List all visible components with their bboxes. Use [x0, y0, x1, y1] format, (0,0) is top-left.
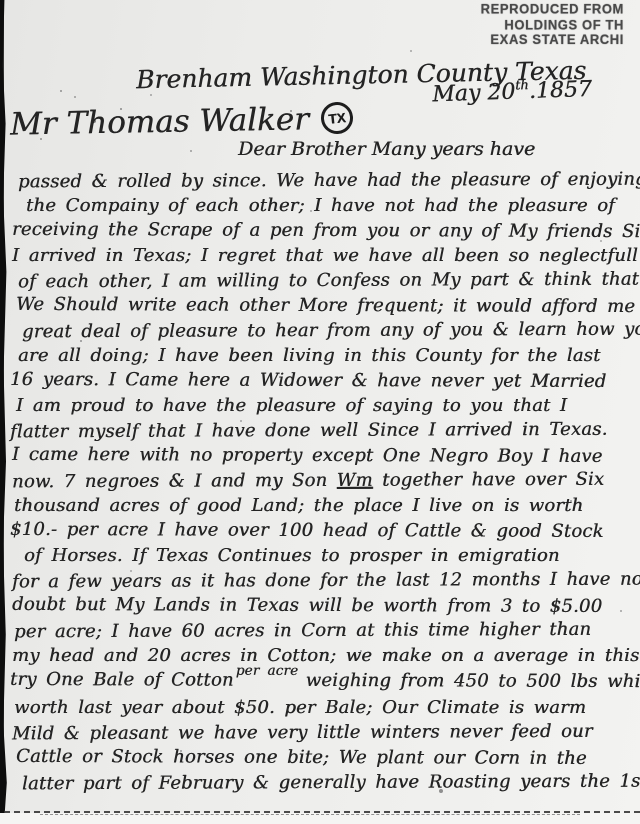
letter-line: the Compainy of each other; I have not h… — [26, 193, 636, 218]
letter-line: Mild & pleasant we have very little wint… — [12, 719, 636, 747]
scanned-letter-page: { "archive_stamp": { "lines": ["REPRODUC… — [0, 0, 640, 824]
letter-line: I came here with no property except One … — [12, 442, 636, 469]
salutation: Dear Brother Many years have — [238, 138, 636, 160]
date-text: .1857 — [528, 77, 592, 104]
page-fold-line — [4, 811, 640, 813]
letter-line: I am proud to have the pleasure of sayin… — [16, 393, 636, 418]
underlined-wm: Wm — [337, 470, 373, 491]
letter-line: latter part of February & generally have… — [22, 769, 636, 797]
letter-line: my head and 20 acres in Cotton; we make … — [12, 643, 636, 668]
letter-line: per acre; I have 60 acres in Corn at thi… — [14, 617, 636, 645]
letter-line-text: now. 7 negroes & I and my Son — [12, 470, 337, 492]
letter-line: Cattle or Stock horses one bite; We plan… — [16, 744, 636, 771]
letter-line: thousand acres of good Land; the place I… — [14, 493, 636, 518]
letter-line: of Horses. If Texas Continues to prosper… — [24, 543, 636, 568]
letter-line-wm: now. 7 negroes & I and my Son Wm togethe… — [12, 467, 636, 495]
archive-stamp: REPRODUCED FROM HOLDINGS OF TH EXAS STAT… — [481, 2, 624, 48]
letter-line: worth last year about $50. per Bale; Our… — [14, 695, 636, 720]
letter-line: passed & rolled by since. We have had th… — [18, 167, 636, 195]
letter-line: great deal of pleasure to hear from any … — [22, 317, 636, 345]
recipient-row: Mr Thomas Walker TX — [10, 104, 636, 140]
letter-line: receiving the Scrape of a pen from you o… — [12, 217, 636, 244]
letter-line: for a few years as it has done for the l… — [12, 567, 636, 595]
letter-line: I arrived in Texas; I regret that we hav… — [12, 243, 636, 268]
letter-line-text: together have over Six — [373, 469, 605, 491]
archive-stamp-line: REPRODUCED FROM — [481, 2, 624, 17]
letter-line-cotton: try One Bale of Cottonper acre weighing … — [10, 667, 636, 696]
letter-line: of each other, I am willing to Confess o… — [18, 267, 636, 295]
letter-line: are all doing; I have been living in thi… — [18, 343, 636, 368]
letter-line-text: try One Bale of Cotton — [10, 669, 234, 691]
letter-line: doubt but My Lands in Texas will be wort… — [12, 592, 636, 619]
letter-body: passed & rolled by since. We have had th… — [10, 168, 636, 795]
recipient-name: Mr Thomas Walker — [10, 101, 309, 142]
letter-line: We Should write each other More frequent… — [16, 292, 636, 319]
handwritten-letter: Brenham Washington County Texas May 20th… — [10, 60, 636, 795]
letter-line: $10.- per acre I have over 100 head of C… — [10, 517, 636, 544]
letter-line: 16 years. I Came here a Widower & have n… — [10, 367, 636, 394]
date-superscript: th — [515, 78, 529, 93]
letter-line-text: weighing from 450 to 500 lbs which was — [306, 670, 640, 692]
page-fold-line-secondary — [40, 814, 580, 815]
per-acre-insertion: per acre — [236, 659, 299, 684]
letter-line: flatter myself that I have done well Sin… — [10, 417, 636, 445]
date-text: May 20 — [432, 80, 516, 108]
archive-stamp-line: EXAS STATE ARCHI — [481, 32, 624, 47]
archive-stamp-line: HOLDINGS OF TH — [481, 17, 624, 32]
